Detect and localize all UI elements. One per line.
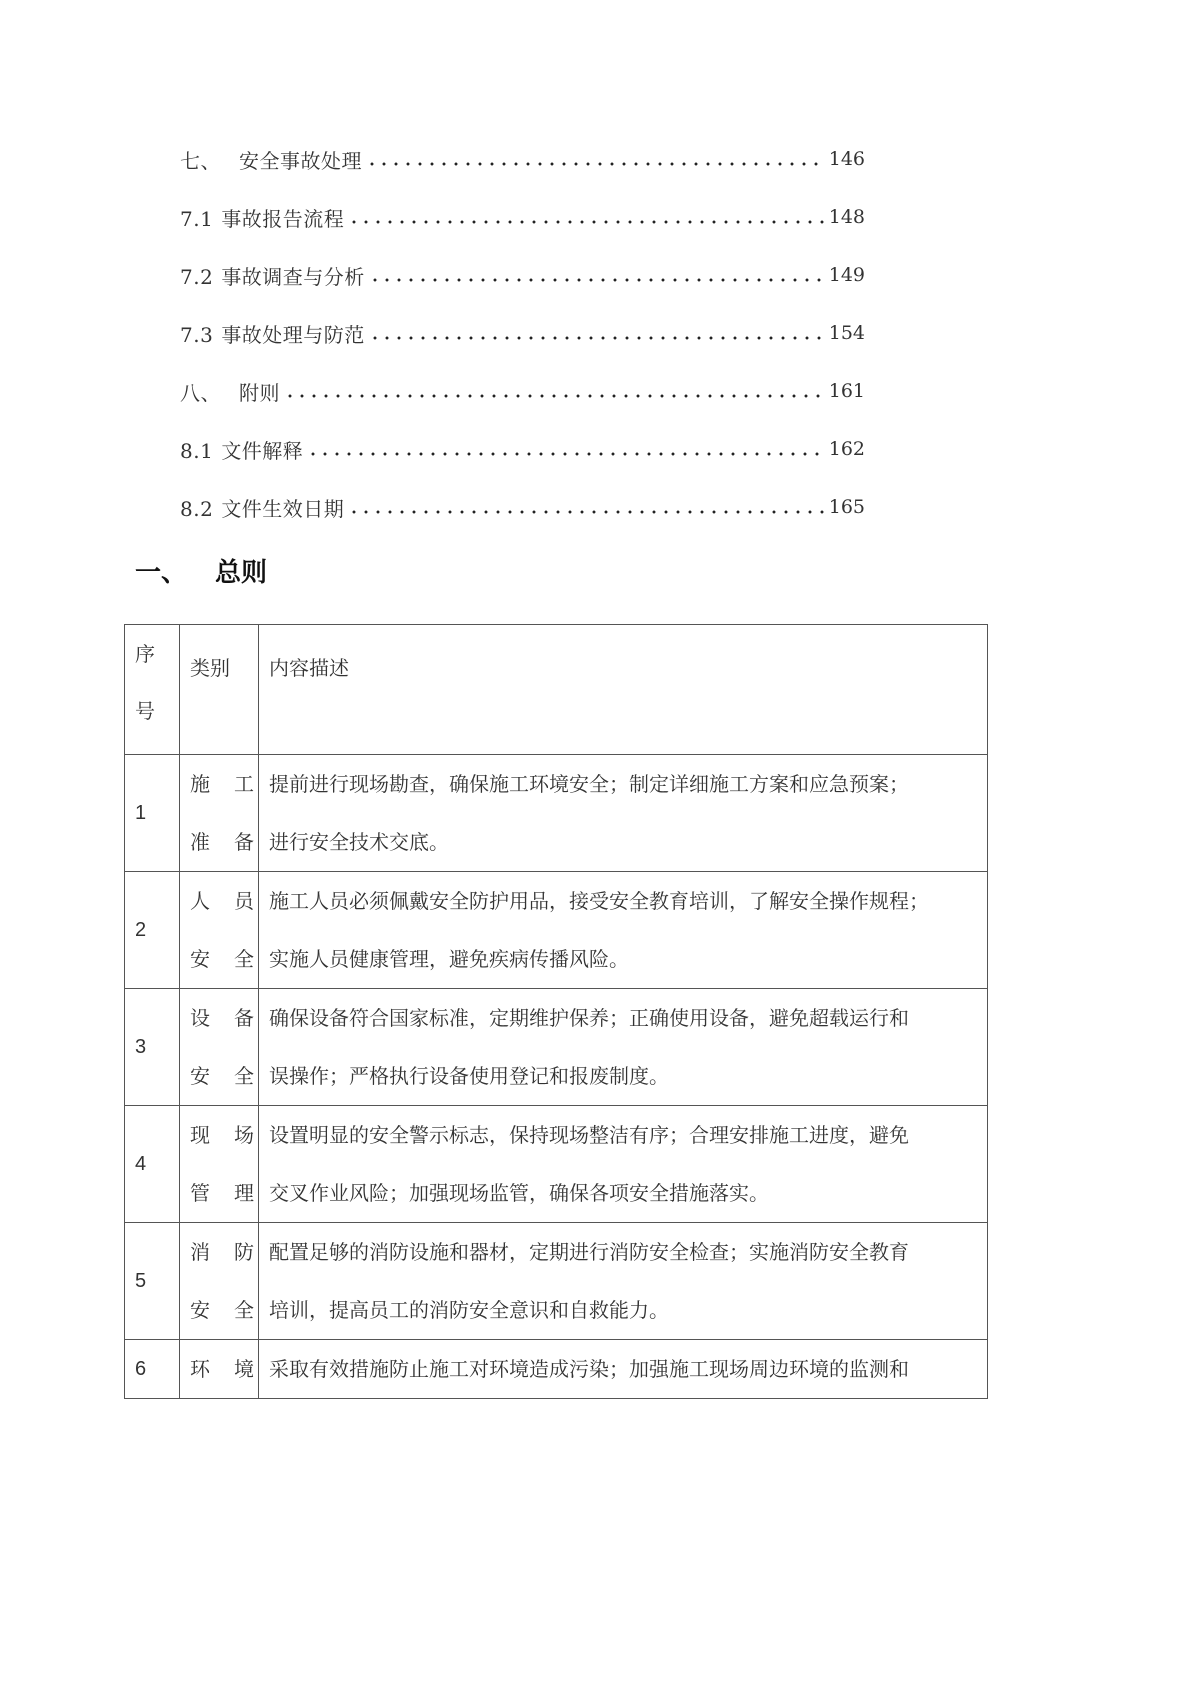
row-seq: 3: [125, 989, 180, 1106]
toc-leader-dots: [307, 438, 824, 460]
toc-entry-number: 七、: [180, 149, 221, 173]
header-category: 类别: [180, 625, 259, 755]
toc-leader-dots: [348, 206, 824, 228]
toc-entry-page: 146: [829, 148, 865, 170]
toc-entry-page: 148: [829, 206, 865, 228]
toc-entry[interactable]: 7.3事故处理与防范 154: [180, 304, 865, 362]
row-seq: 2: [125, 872, 180, 989]
row-category: 人 员 安全: [180, 872, 259, 989]
row-seq: 4: [125, 1106, 180, 1223]
row-category: 消 防 安全: [180, 1223, 259, 1340]
toc-entry[interactable]: 8.1文件解释 162: [180, 420, 865, 478]
toc-leader-dots: [284, 380, 825, 402]
toc-entry-number: 八、: [180, 381, 221, 405]
table-row: 3 设 备 安全 确保设备符合国家标准，定期维护保养；正确使用设备，避免超载运行…: [125, 989, 988, 1106]
row-seq: 1: [125, 755, 180, 872]
toc-entry-title: 文件生效日期: [221, 497, 344, 521]
toc-entry[interactable]: 7.1事故报告流程 148: [180, 188, 865, 246]
header-seq: 序 号: [125, 625, 180, 755]
toc-entry-title: 事故报告流程: [221, 207, 344, 231]
row-description: 配置足够的消防设施和器材，定期进行消防安全检查；实施消防安全教育 培训，提高员工…: [259, 1223, 988, 1340]
toc-entry-page: 162: [829, 438, 865, 460]
toc-leader-dots: [369, 264, 825, 286]
row-description: 设置明显的安全警示标志，保持现场整洁有序；合理安排施工进度，避免 交叉作业风险；…: [259, 1106, 988, 1223]
toc-entry-number: 8.2: [180, 497, 213, 521]
toc-leader-dots: [366, 148, 825, 170]
row-category: 环 境: [180, 1340, 259, 1399]
table-row: 4 现 场 管理 设置明显的安全警示标志，保持现场整洁有序；合理安排施工进度，避…: [125, 1106, 988, 1223]
toc-leader-dots: [348, 496, 824, 518]
toc-entry-page: 165: [829, 496, 865, 518]
table-row: 1 施 工 准备 提前进行现场勘查，确保施工环境安全；制定详细施工方案和应急预案…: [125, 755, 988, 872]
section-heading: 一、总则: [135, 552, 267, 589]
toc-entry-title: 事故调查与分析: [221, 265, 365, 289]
header-description: 内容描述: [259, 625, 988, 755]
row-description: 采取有效措施防止施工对环境造成污染；加强施工现场周边环境的监测和: [259, 1340, 988, 1399]
row-description: 确保设备符合国家标准，定期维护保养；正确使用设备，避免超载运行和 误操作；严格执…: [259, 989, 988, 1106]
toc-entry[interactable]: 7.2事故调查与分析 149: [180, 246, 865, 304]
table-header-row: 序 号 类别 内容描述: [125, 625, 988, 755]
toc-leader-dots: [369, 322, 825, 344]
table-row: 2 人 员 安全 施工人员必须佩戴安全防护用品，接受安全教育培训，了解安全操作规…: [125, 872, 988, 989]
row-description: 提前进行现场勘查，确保施工环境安全；制定详细施工方案和应急预案； 进行安全技术交…: [259, 755, 988, 872]
toc-entry[interactable]: 8.2文件生效日期 165: [180, 478, 865, 536]
general-rules-table: 序 号 类别 内容描述 1 施 工 准备 提前进行现场勘查，确保施工环境安全；制…: [124, 624, 988, 1399]
row-seq: 5: [125, 1223, 180, 1340]
toc-entry-number: 7.2: [180, 265, 213, 289]
toc-entry-page: 161: [829, 380, 865, 402]
toc-entry-page: 154: [829, 322, 865, 344]
table-row: 5 消 防 安全 配置足够的消防设施和器材，定期进行消防安全检查；实施消防安全教…: [125, 1223, 988, 1340]
toc-entry-title: 事故处理与防范: [221, 323, 365, 347]
table-row: 6 环 境 采取有效措施防止施工对环境造成污染；加强施工现场周边环境的监测和: [125, 1340, 988, 1399]
table-of-contents: 七、安全事故处理 146 7.1事故报告流程 148 7.2事故调查与分析 14…: [180, 130, 865, 536]
toc-entry[interactable]: 七、安全事故处理 146: [180, 130, 865, 188]
toc-entry-number: 7.1: [180, 207, 213, 231]
row-category: 设 备 安全: [180, 989, 259, 1106]
row-category: 现 场 管理: [180, 1106, 259, 1223]
toc-entry-title: 安全事故处理: [239, 149, 362, 173]
section-number: 一、: [135, 558, 187, 588]
toc-entry-number: 8.1: [180, 439, 213, 463]
section-title: 总则: [215, 558, 267, 588]
toc-entry[interactable]: 八、附则 161: [180, 362, 865, 420]
row-seq: 6: [125, 1340, 180, 1399]
toc-entry-page: 149: [829, 264, 865, 286]
row-category: 施 工 准备: [180, 755, 259, 872]
toc-entry-title: 附则: [239, 381, 280, 405]
toc-entry-title: 文件解释: [221, 439, 303, 463]
row-description: 施工人员必须佩戴安全防护用品，接受安全教育培训，了解安全操作规程； 实施人员健康…: [259, 872, 988, 989]
toc-entry-number: 7.3: [180, 323, 213, 347]
